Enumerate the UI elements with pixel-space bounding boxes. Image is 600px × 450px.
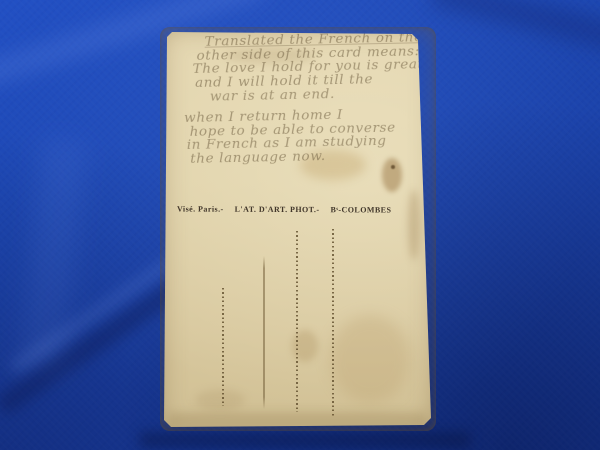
fabric-fold-shadow: [429, 0, 600, 54]
card-edge-vignette: [160, 27, 436, 431]
photo-of-postcard: Translated the French on the other side …: [0, 0, 600, 450]
fabric-fold-shadow: [140, 432, 470, 448]
fabric-fold-highlight: [18, 138, 88, 372]
